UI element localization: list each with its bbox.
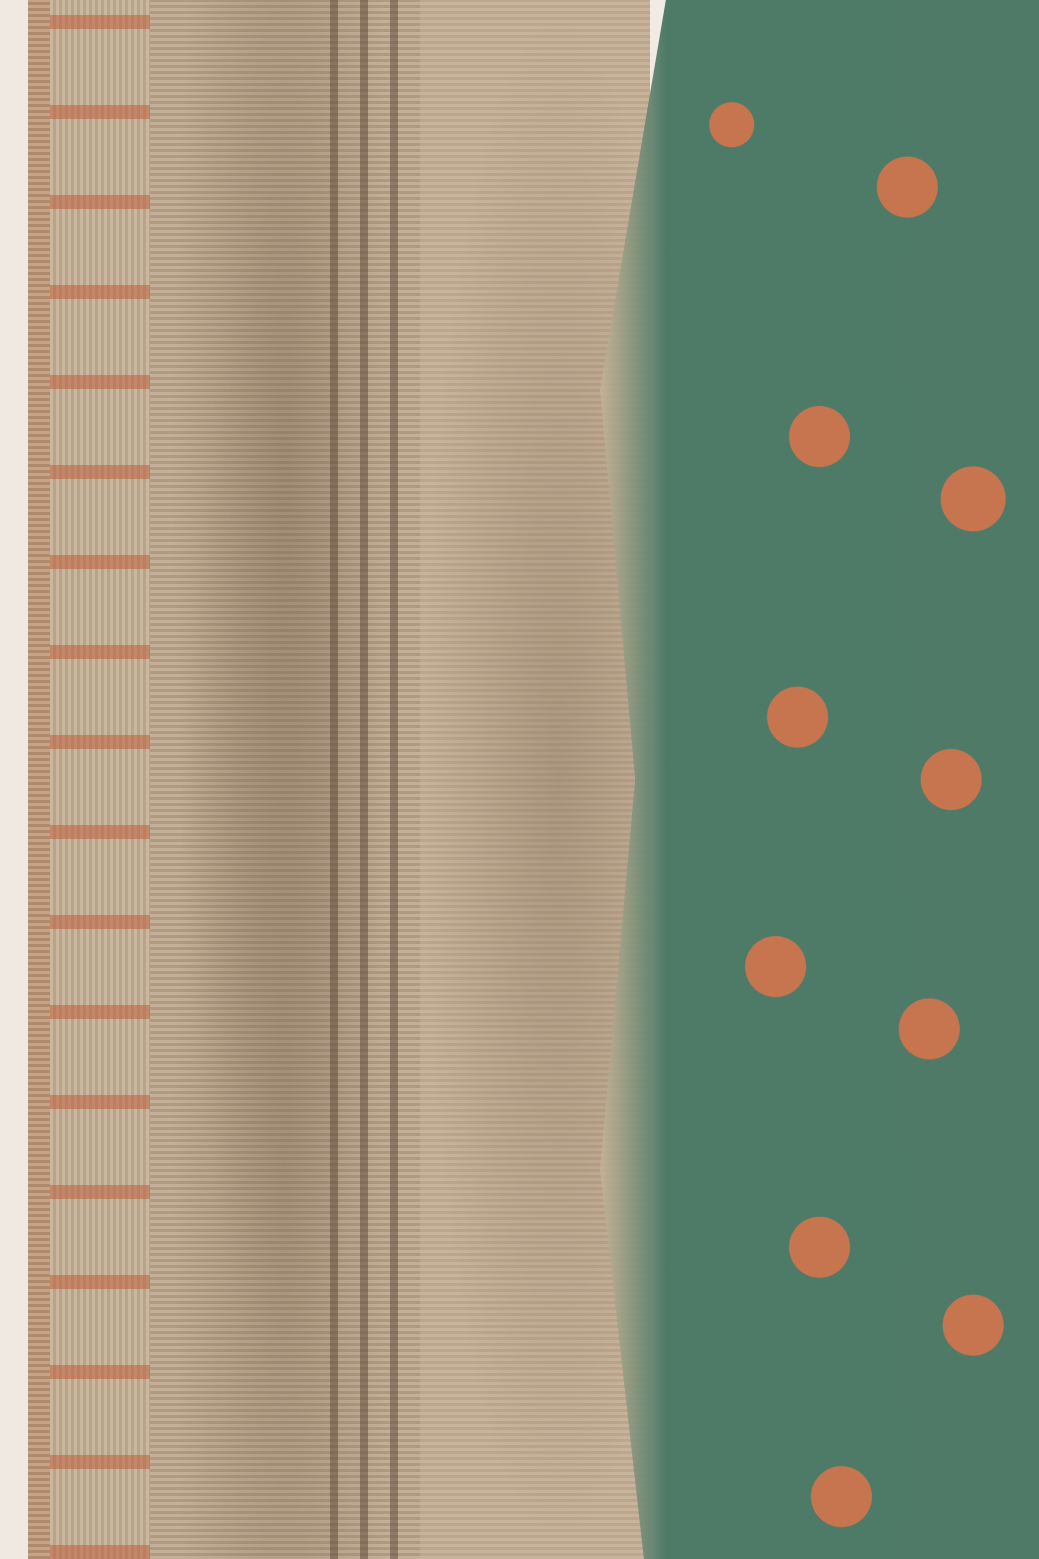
outer-border-band	[50, 0, 150, 1559]
wall-background	[0, 0, 30, 1559]
vertical-stripe-lines	[330, 0, 420, 1559]
green-medallion-with-terracotta-motifs	[600, 0, 1039, 1559]
rug-photo: Close-up photograph of a faded vintage w…	[0, 0, 1039, 1559]
beige-field	[420, 0, 650, 1559]
rug-edge-binding	[28, 0, 50, 1559]
